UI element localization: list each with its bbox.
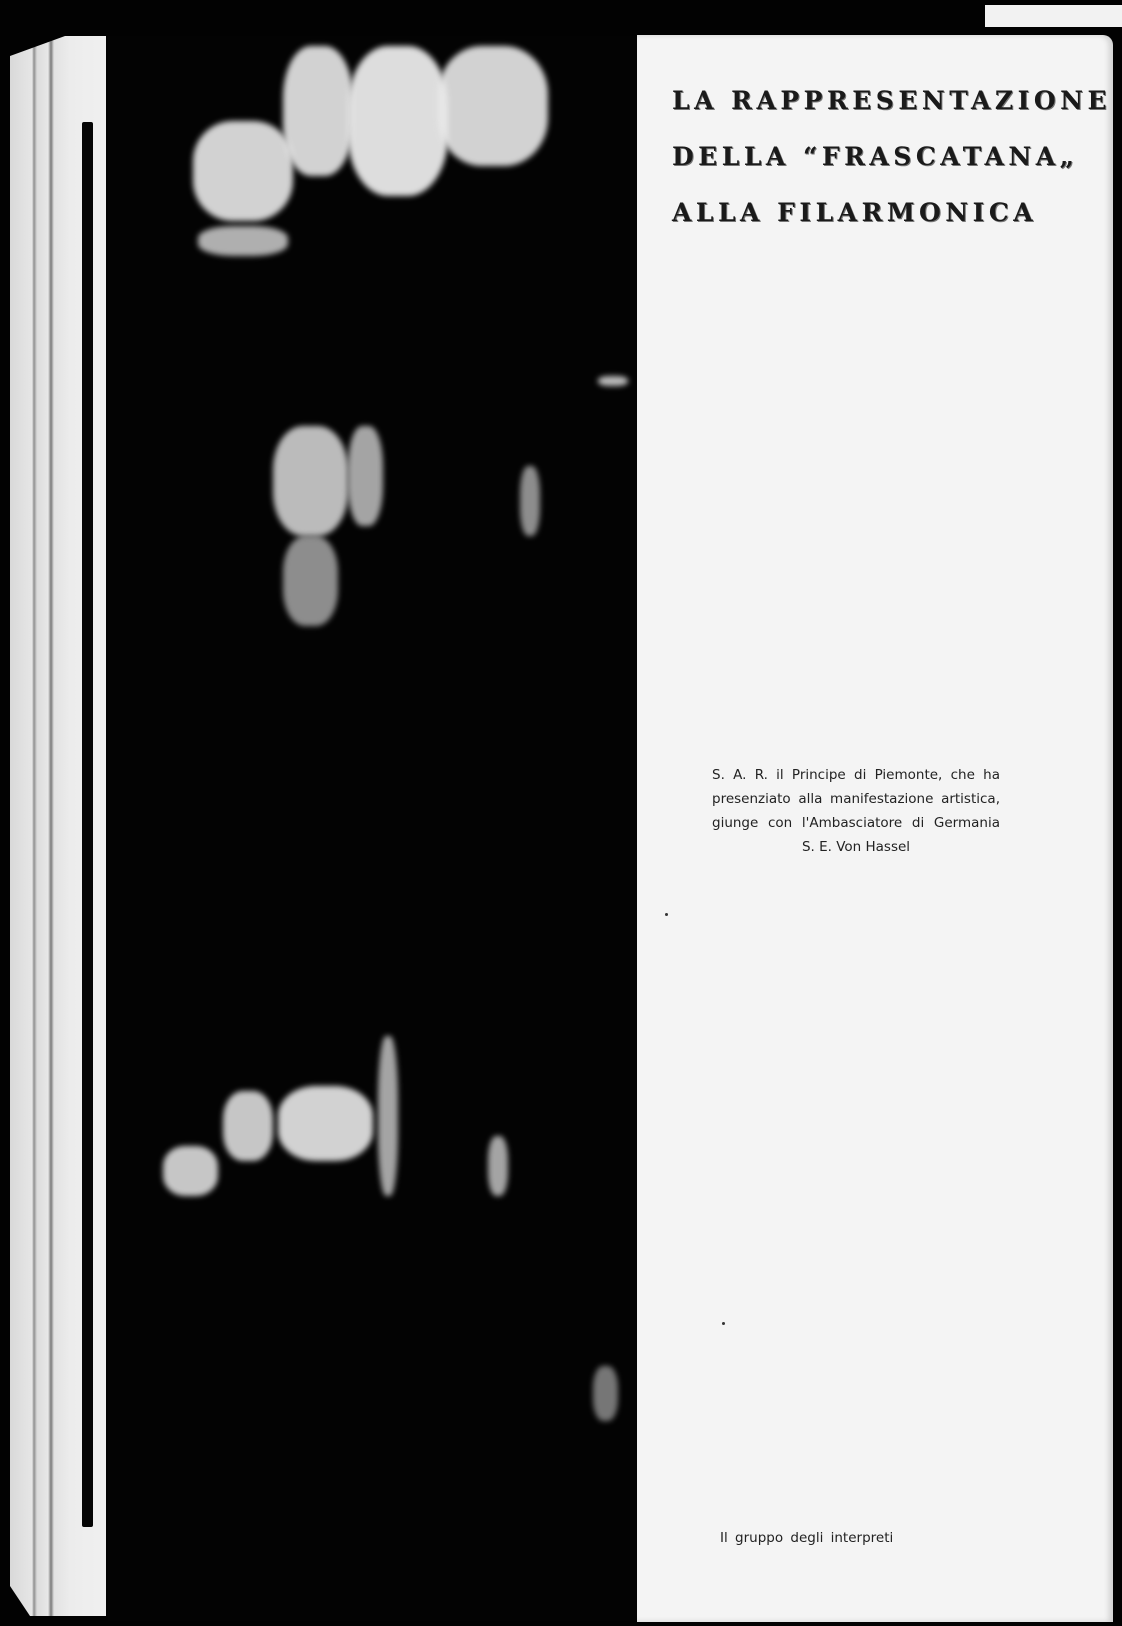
photo-caption-top: S. A. R. il Principe di Piemonte, che ha… — [712, 763, 1000, 859]
title-line: DELLA “FRASCATANA„ — [672, 129, 1102, 185]
caption-line: giunge con l'Ambasciatore di Germania — [712, 811, 1000, 835]
page-edge-bar — [82, 122, 93, 1527]
caption-line: presenziato alla manifestazione artistic… — [712, 787, 1000, 811]
print-speck — [665, 913, 668, 916]
article-page: LA RAPPRESENTAZIONE DELLA “FRASCATANA„ A… — [637, 35, 1113, 1622]
caption-line: S. A. R. il Principe di Piemonte, che ha — [712, 763, 1000, 787]
title-line: ALLA FILARMONICA — [672, 185, 1102, 241]
print-speck — [722, 1322, 725, 1325]
caption-line: S. E. Von Hassel — [712, 835, 1000, 859]
article-title: LA RAPPRESENTAZIONE DELLA “FRASCATANA„ A… — [672, 73, 1102, 241]
title-line: LA RAPPRESENTAZIONE — [672, 73, 1102, 129]
photo-caption-bottom: Il gruppo degli interpreti — [720, 1530, 893, 1546]
photograph — [108, 36, 638, 1621]
paper-scrap — [985, 5, 1122, 27]
